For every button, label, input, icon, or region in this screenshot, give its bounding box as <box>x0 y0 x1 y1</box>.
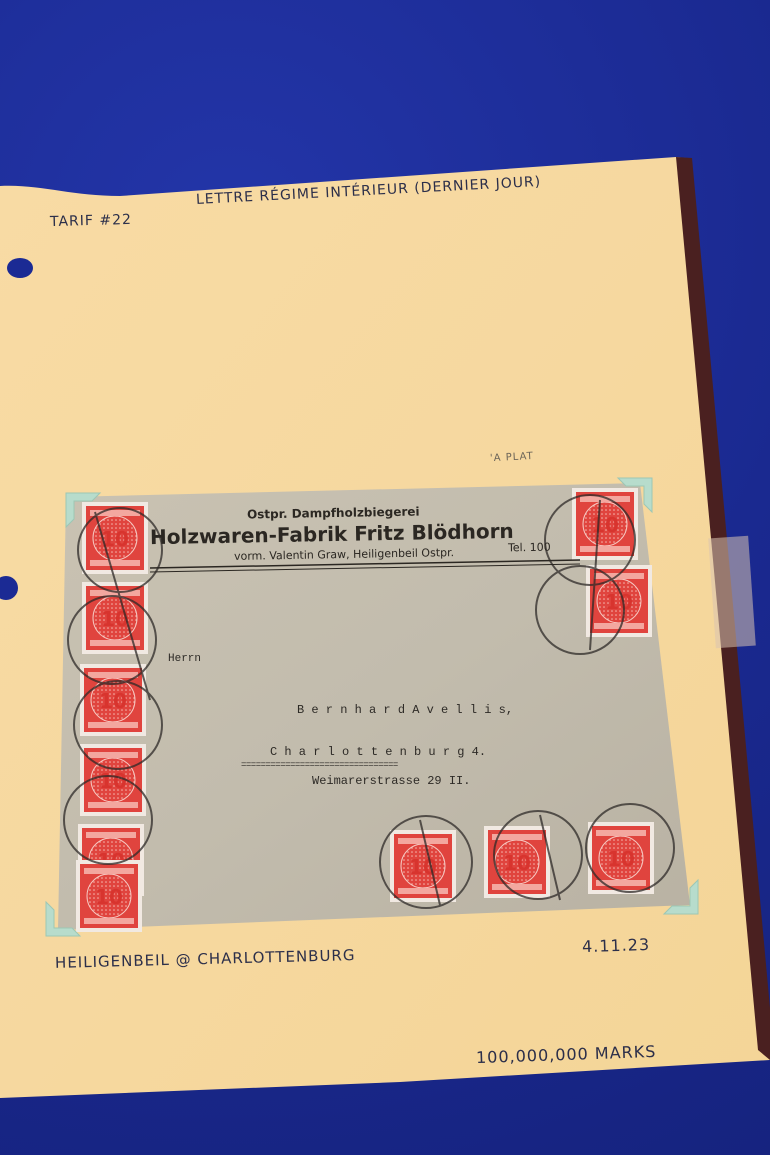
address-street: Weimarerstrasse 29 II. <box>312 774 470 788</box>
photo-scene: 10 <box>0 0 770 1155</box>
letterhead-phone: Tel. 100 <box>508 541 551 555</box>
address-salutation: Herrn <box>168 653 201 665</box>
date-label: 4.11.23 <box>582 935 651 956</box>
address-name: B e r n h a r d A v e l l i s, <box>297 703 513 717</box>
stamp-strip-left <box>76 502 148 932</box>
tariff-label: TARIF #22 <box>50 212 132 230</box>
address-underline: ================================ <box>241 760 398 770</box>
pencil-note: 'A PLAT <box>490 451 534 464</box>
address-city: C h a r l o t t e n b u r g 4. <box>270 745 486 759</box>
album-page-graphic: 10 <box>0 0 770 1155</box>
